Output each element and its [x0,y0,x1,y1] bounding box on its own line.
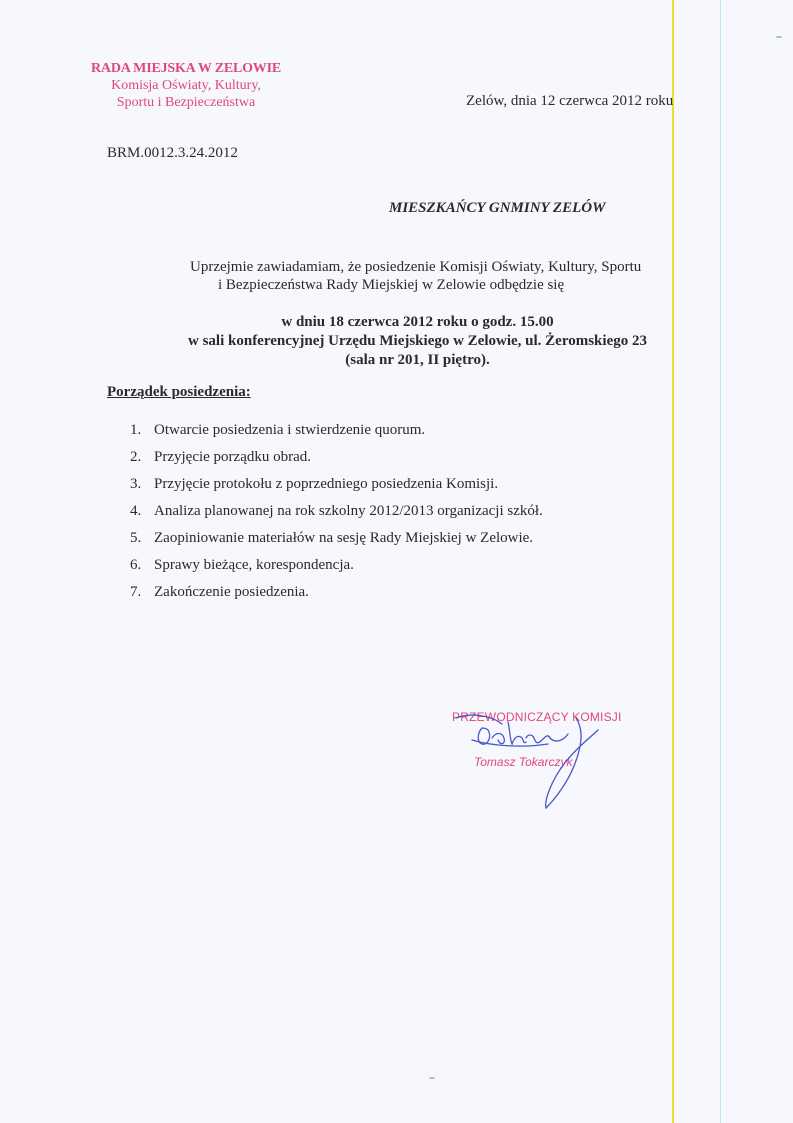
agenda-item-text: Przyjęcie protokołu z poprzedniego posie… [154,476,498,492]
intro-line-2: i Bezpieczeństwa Rady Miejskiej w Zelowi… [190,276,641,294]
scan-speck [776,36,782,38]
agenda-item: 7.Zakończenie posiedzenia. [130,584,543,611]
agenda-item-number: 5. [130,530,154,547]
agenda-item-number: 4. [130,503,154,520]
agenda-item-number: 7. [130,584,154,601]
agenda-item-number: 2. [130,449,154,466]
organization-name: RADA MIEJSKA W ZELOWIE [86,60,286,77]
committee-name-line1: Komisja Oświaty, Kultury, [86,77,286,94]
scan-artifact-yellow-line [672,0,674,1123]
signature-block: PRZEWODNICZĄCY KOMISJI Tomasz Tokarczyk [452,710,652,820]
intro-paragraph: Uprzejmie zawiadamiam, że posiedzenie Ko… [190,258,641,294]
agenda-item-text: Analiza planowanej na rok szkolny 2012/2… [154,503,543,519]
agenda-item: 1.Otwarcie posiedzenia i stwierdzenie qu… [130,422,543,449]
meeting-details: w dniu 18 czerwca 2012 roku o godz. 15.0… [160,313,675,370]
agenda-item: 4.Analiza planowanej na rok szkolny 2012… [130,503,543,530]
handwritten-signature-icon [452,710,652,820]
agenda-item-text: Sprawy bieżące, korespondencja. [154,557,354,573]
committee-name-line2: Sportu i Bezpieczeństwa [86,94,286,111]
agenda-item-number: 6. [130,557,154,574]
agenda-item: 3.Przyjęcie protokołu z poprzedniego pos… [130,476,543,503]
agenda-title: Porządek posiedzenia: [107,384,251,401]
letterhead-stamp: RADA MIEJSKA W ZELOWIE Komisja Oświaty, … [86,60,286,111]
reference-number: BRM.0012.3.24.2012 [107,145,238,162]
agenda-item-text: Zakończenie posiedzenia. [154,584,309,600]
agenda-item: 6.Sprawy bieżące, korespondencja. [130,557,543,584]
scan-speck [429,1077,435,1079]
agenda-item-text: Zaopiniowanie materiałów na sesję Rady M… [154,530,533,546]
intro-line-1: Uprzejmie zawiadamiam, że posiedzenie Ko… [190,258,641,276]
agenda-item-number: 1. [130,422,154,439]
agenda-list: 1.Otwarcie posiedzenia i stwierdzenie qu… [130,422,543,611]
scan-artifact-cyan-line [720,0,721,1123]
agenda-item-number: 3. [130,476,154,493]
agenda-item: 5.Zaopiniowanie materiałów na sesję Rady… [130,530,543,557]
agenda-item-text: Przyjęcie porządku obrad. [154,449,311,465]
meeting-location: w sali konferencyjnej Urzędu Miejskiego … [160,332,675,351]
agenda-item: 2.Przyjęcie porządku obrad. [130,449,543,476]
meeting-date-time: w dniu 18 czerwca 2012 roku o godz. 15.0… [160,313,675,332]
date-line: Zelów, dnia 12 czerwca 2012 roku [466,93,673,110]
addressee-heading: MIESZKAŃCY GNMINY ZELÓW [389,200,605,217]
agenda-item-text: Otwarcie posiedzenia i stwierdzenie quor… [154,422,425,438]
meeting-room: (sala nr 201, II piętro). [160,351,675,370]
